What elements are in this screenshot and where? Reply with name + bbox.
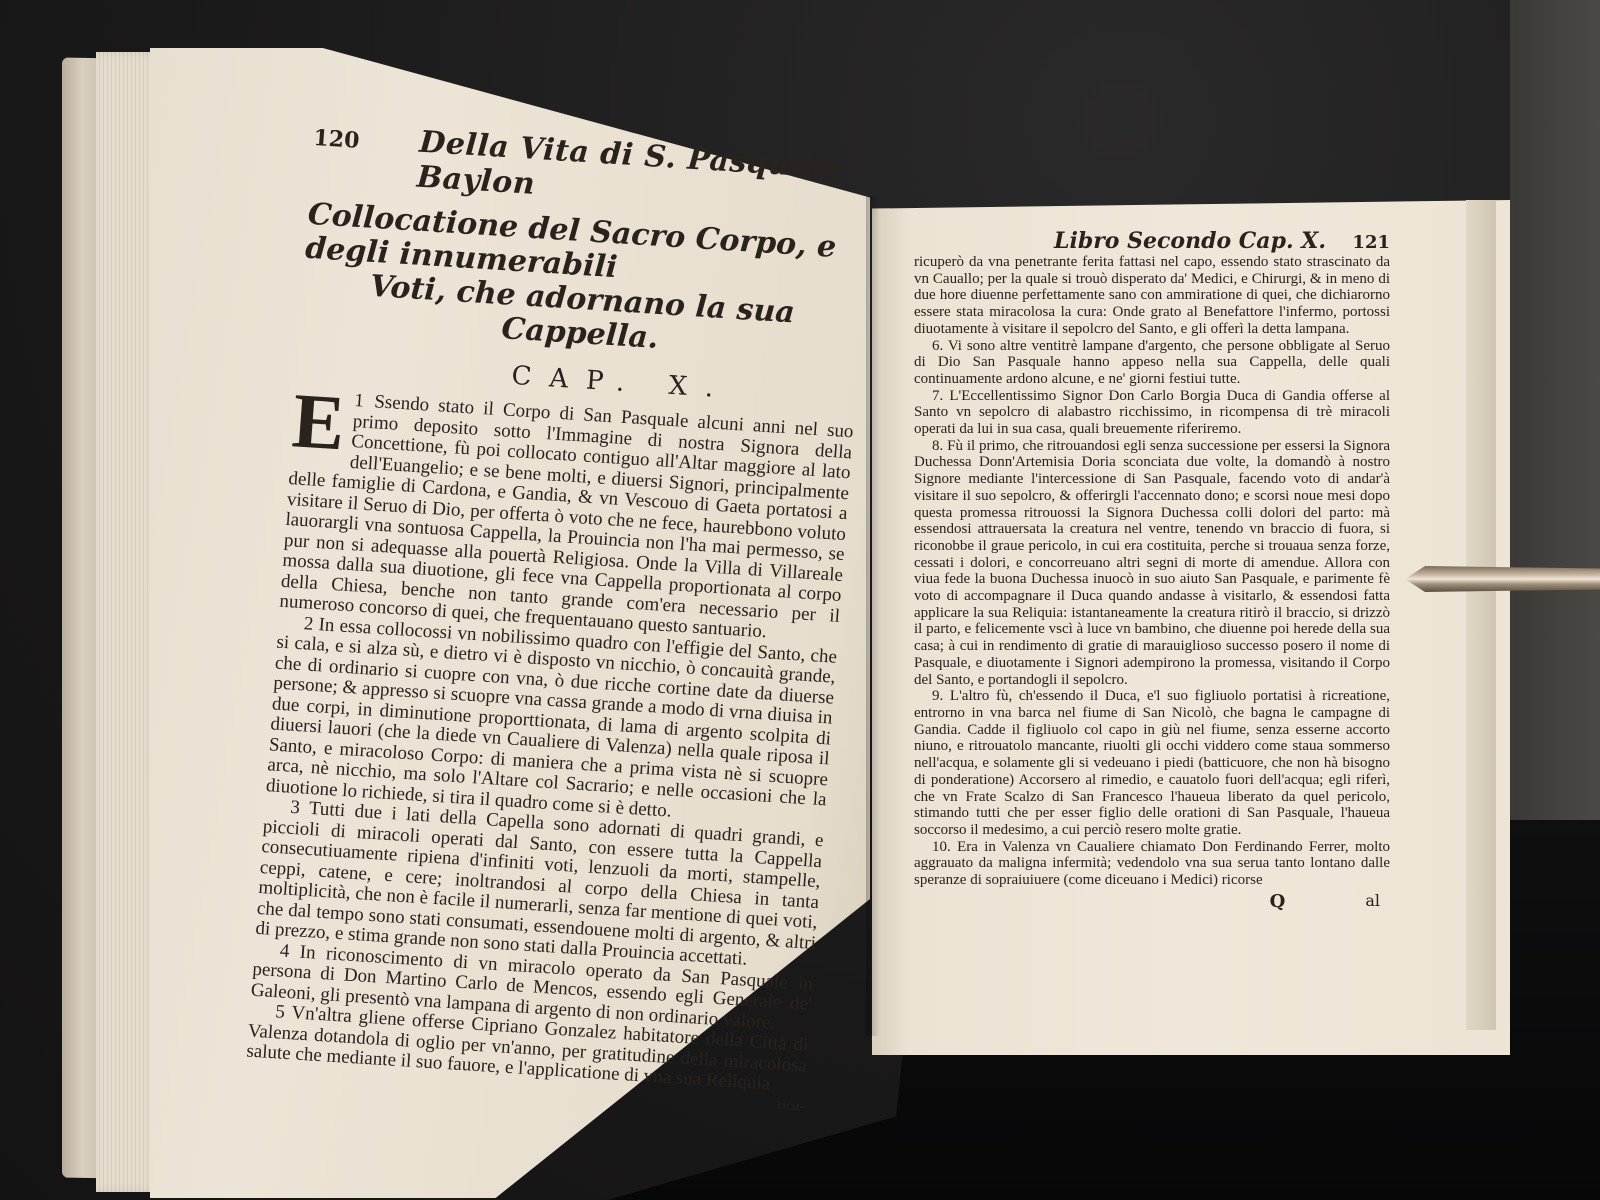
- paragraph: 9. L'altro fù, ch'essendo il Duca, e'l s…: [914, 688, 1390, 838]
- paragraph-text: Ssendo stato il Corpo di San Pasquale al…: [279, 391, 854, 642]
- right-body-text: ricuperò da vna penetrante ferita fattas…: [914, 254, 1390, 889]
- paragraph-number: 2: [303, 613, 314, 635]
- paragraph-number: 9.: [932, 688, 943, 704]
- paragraph-text: ricuperò da vna penetrante ferita fattas…: [914, 254, 1390, 337]
- left-page-content: 120 Della Vita di S. Pasquale Baylon Col…: [244, 118, 874, 1118]
- paragraph: 7. L'Eccellentissimo Signor Don Carlo Bo…: [914, 388, 1390, 438]
- page-number-right: 121: [1352, 232, 1390, 253]
- paragraph: 6. Vi sono altre ventitrè lampane d'arge…: [914, 338, 1390, 388]
- paragraph: 1ESsendo stato il Corpo di San Pasquale …: [279, 387, 854, 647]
- paragraph: 2 In essa collocossi vn nobilissimo quad…: [265, 612, 837, 831]
- paragraph: 8. Fù il primo, che ritrouandosi egli se…: [914, 438, 1390, 689]
- right-page-edge: [1466, 200, 1496, 1030]
- paragraph-number: 1: [354, 391, 375, 413]
- right-page-content: Libro Secondo Cap. X. 121 ricuperò da vn…: [914, 228, 1390, 912]
- drop-cap: E: [291, 389, 347, 454]
- signature-mark: Q: [1270, 891, 1286, 912]
- paragraph: ricuperò da vna penetrante ferita fattas…: [914, 254, 1390, 338]
- paragraph-number: 5: [275, 1001, 286, 1023]
- paragraph-text: In essa collocossi vn nobilissimo quadro…: [265, 614, 837, 821]
- paragraph-text: L'Eccellentissimo Signor Don Carlo Borgi…: [914, 388, 1390, 437]
- metal-pointer-icon: [1405, 566, 1600, 592]
- paragraph-number: 4: [279, 940, 290, 962]
- paragraph-number: 10.: [932, 839, 951, 855]
- book-gutter: [866, 196, 880, 1036]
- paragraph-number: 7.: [932, 388, 943, 404]
- right-header: Libro Secondo Cap. X. 121: [914, 228, 1390, 254]
- paragraph-text: L'altro fù, ch'essendo il Duca, e'l suo …: [914, 688, 1390, 838]
- paragraph-number: 6.: [932, 338, 943, 354]
- paragraph: 10. Era in Valenza vn Caualiere chiamato…: [914, 839, 1390, 889]
- catchword-right: al: [1365, 891, 1380, 912]
- running-head-right: Libro Secondo Cap. X.: [1054, 228, 1326, 254]
- paragraph-text: Vi sono altre ventitrè lampane d'argento…: [914, 338, 1390, 387]
- paragraph-text: Fù il primo, che ritrouandosi egli senza…: [914, 438, 1390, 688]
- left-body-text: 1ESsendo stato il Corpo di San Pasquale …: [244, 387, 854, 1117]
- right-footer: Q al: [914, 891, 1390, 912]
- paragraph-number: 8.: [932, 438, 943, 454]
- chapter-title: Collocatione del Sacro Corpo, e degli in…: [299, 198, 868, 369]
- page-number-left: 120: [313, 125, 361, 154]
- paragraph-text: Era in Valenza vn Caualiere chiamato Don…: [914, 839, 1390, 888]
- paragraph-number: 3: [290, 797, 301, 819]
